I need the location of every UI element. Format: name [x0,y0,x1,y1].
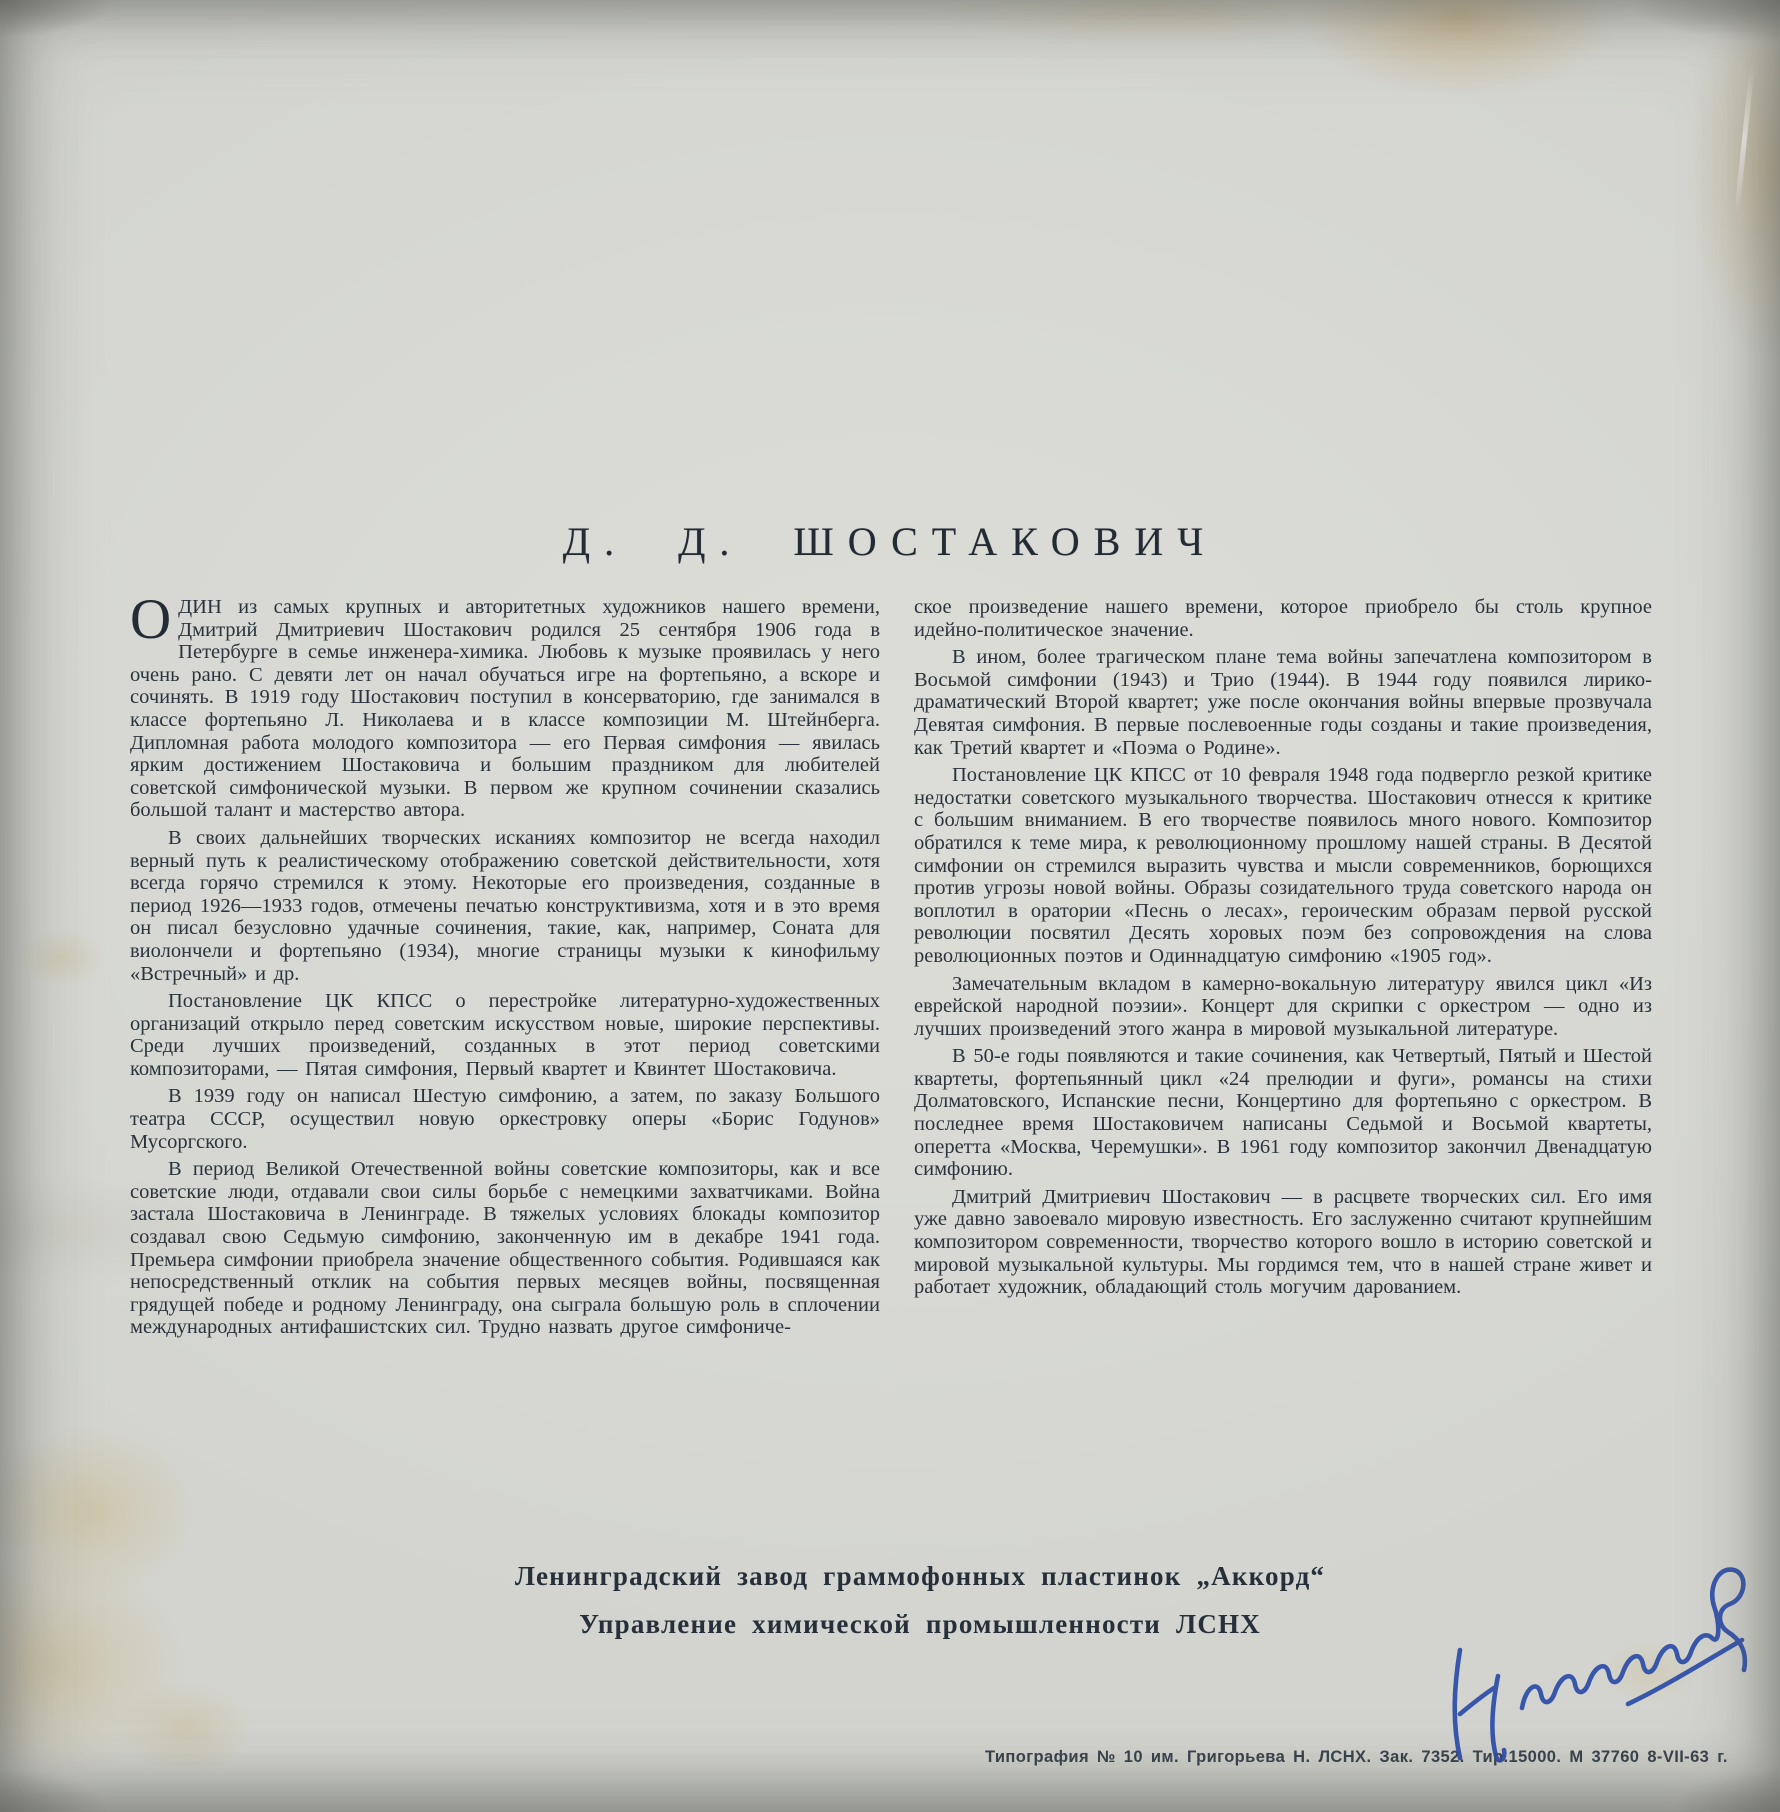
paragraph: В ином, более трагическом плане тема вой… [914,646,1652,759]
column-left: ОДИН из самых крупных и авторитетных худ… [130,596,880,1344]
paragraph: В своих дальнейших творческих исканиях к… [130,827,880,985]
paragraph: В период Великой Отечественной войны сов… [130,1158,880,1339]
paragraph: Постановление ЦК КПСС от 10 февраля 1948… [914,764,1652,967]
paragraph-text: ДИН из самых крупных и авторитетных худо… [130,596,880,821]
column-right: ское произведение нашего времени, которо… [914,596,1652,1344]
record-sleeve-back: Д. Д. ШОСТАКОВИЧ ОДИН из самых крупных и… [0,0,1780,1812]
paragraph: В 50-е годы появляются и такие сочинения… [914,1045,1652,1181]
article-columns: ОДИН из самых крупных и авторитетных худ… [130,596,1652,1344]
drop-cap: О [130,596,178,642]
page-title: Д. Д. ШОСТАКОВИЧ [130,518,1650,565]
paragraph: ОДИН из самых крупных и авторитетных худ… [130,596,880,822]
paragraph: Дмитрий Дмитриевич Шостакович — в расцве… [914,1186,1652,1299]
paragraph: ское произведение нашего времени, которо… [914,596,1652,641]
paragraph: В 1939 году он написал Шестую симфонию, … [130,1085,880,1153]
paragraph: Замечательным вкладом в камерно-вокальну… [914,973,1652,1041]
paragraph: Постановление ЦК КПСС о перестройке лите… [130,990,880,1080]
paper-scratch [1734,64,1755,214]
signature-ink [1438,1558,1768,1768]
